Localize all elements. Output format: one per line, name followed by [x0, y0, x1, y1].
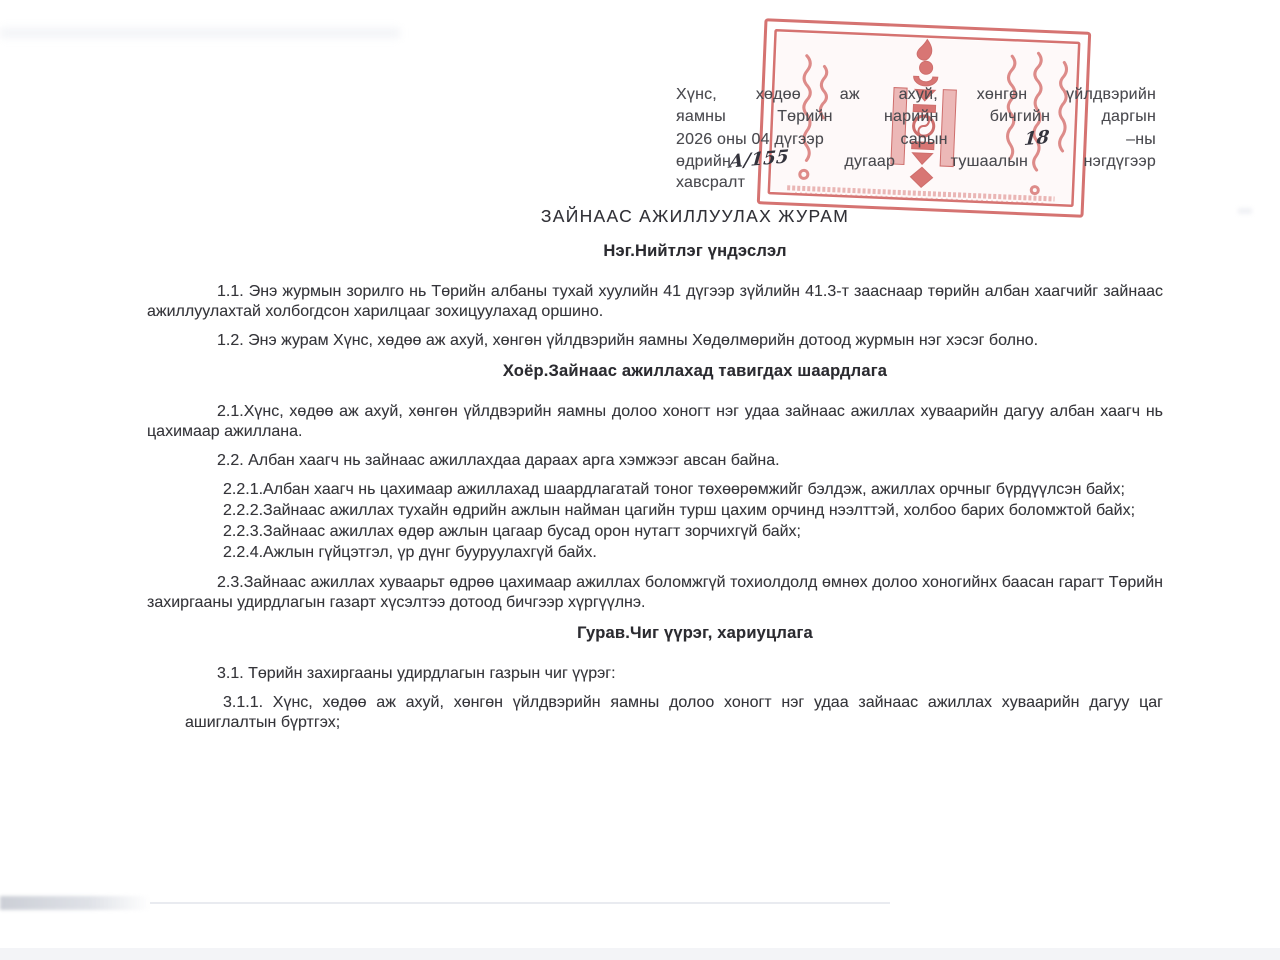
- annotation-word-day: өдрийн: [676, 153, 731, 170]
- scan-artifact-bottom-band: [0, 948, 1280, 960]
- annotation-word-day-group: өдрийнА/155: [676, 150, 789, 173]
- annotation-line-2: яамны Төрийн нарийн бичгийн даргын: [676, 106, 1156, 128]
- scan-artifact-bottom-line: [150, 902, 890, 904]
- document-body: ЗАЙНААС АЖИЛЛУУЛАХ ЖУРАМ Нэг.Нийтлэг үнд…: [147, 206, 1163, 734]
- annotation-word-negdugeer: нэгдүгээр: [1084, 151, 1156, 173]
- section-heading-1: Нэг.Нийтлэг үндэслэл: [147, 241, 1163, 261]
- handwritten-day: 18: [1023, 127, 1050, 151]
- subitem-2-2-1: 2.2.1.Албан хаагч нь цахимаар ажиллахад …: [185, 480, 1163, 500]
- subitem-2-2-3: 2.2.3.Зайнаас ажиллах өдөр ажлын цагаар …: [185, 522, 1163, 542]
- paragraph-3-1: 3.1. Төрийн захиргааны удирдлагын газрын…: [147, 664, 1163, 684]
- document-title: ЗАЙНААС АЖИЛЛУУЛАХ ЖУРАМ: [147, 206, 1163, 226]
- annotation-word-dugaar: дугаар: [844, 151, 895, 173]
- paragraph-2-1: 2.1.Хүнс, хөдөө аж ахуй, хөнгөн үйлдвэри…: [147, 402, 1163, 442]
- annotation-line-3: 2026 оны 04 дүгээр сарын 18 –ны: [676, 128, 1156, 150]
- approval-annotation-block: Хүнс, хөдөө аж ахуй, хөнгөн үйлдвэрийн я…: [676, 84, 1156, 194]
- section-heading-3: Гурав.Чиг үүрэг, хариуцлага: [147, 623, 1163, 643]
- annotation-word-month: сарын: [901, 129, 948, 151]
- paragraph-1-1: 1.1. Энэ журмын зорилго нь Төрийн албаны…: [147, 282, 1163, 322]
- annotation-word-tushaalyn: тушаалын: [951, 151, 1028, 173]
- paragraph-2-2: 2.2. Албан хаагч нь зайнаас ажиллахдаа д…: [147, 451, 1163, 471]
- annotation-date-year-month: 2026 оны 04 дүгээр: [676, 129, 824, 151]
- handwritten-order-number: А/155: [728, 146, 790, 173]
- scan-artifact-bottom-smudge: [0, 896, 150, 910]
- annotation-line-5: хавсралт: [676, 172, 1156, 194]
- paragraph-1-2: 1.2. Энэ журам Хүнс, хөдөө аж ахуй, хөнг…: [147, 331, 1163, 351]
- subitem-3-1-1: 3.1.1. Хүнс, хөдөө аж ахуй, хөнгөн үйлдв…: [185, 693, 1163, 733]
- annotation-suffix-ny: –ны: [1126, 129, 1156, 151]
- scanned-document-page: Хүнс, хөдөө аж ахуй, хөнгөн үйлдвэрийн я…: [0, 0, 1280, 960]
- section-heading-2: Хоёр.Зайнаас ажиллахад тавигдах шаардлаг…: [147, 361, 1163, 381]
- subitem-2-2-2: 2.2.2.Зайнаас ажиллах тухайн өдрийн ажлы…: [185, 501, 1163, 521]
- annotation-line-4: өдрийнА/155 дугаар тушаалын нэгдүгээр: [676, 150, 1156, 172]
- scan-artifact-top: [0, 28, 400, 38]
- paragraph-2-3: 2.3.Зайнаас ажиллах хуваарьт өдрөө цахим…: [147, 573, 1163, 613]
- subitem-2-2-4: 2.2.4.Ажлын гүйцэтгэл, үр дүнг бууруулах…: [185, 543, 1163, 563]
- scan-artifact-right-dot: [1238, 208, 1252, 214]
- annotation-line-1: Хүнс, хөдөө аж ахуй, хөнгөн үйлдвэрийн: [676, 84, 1156, 106]
